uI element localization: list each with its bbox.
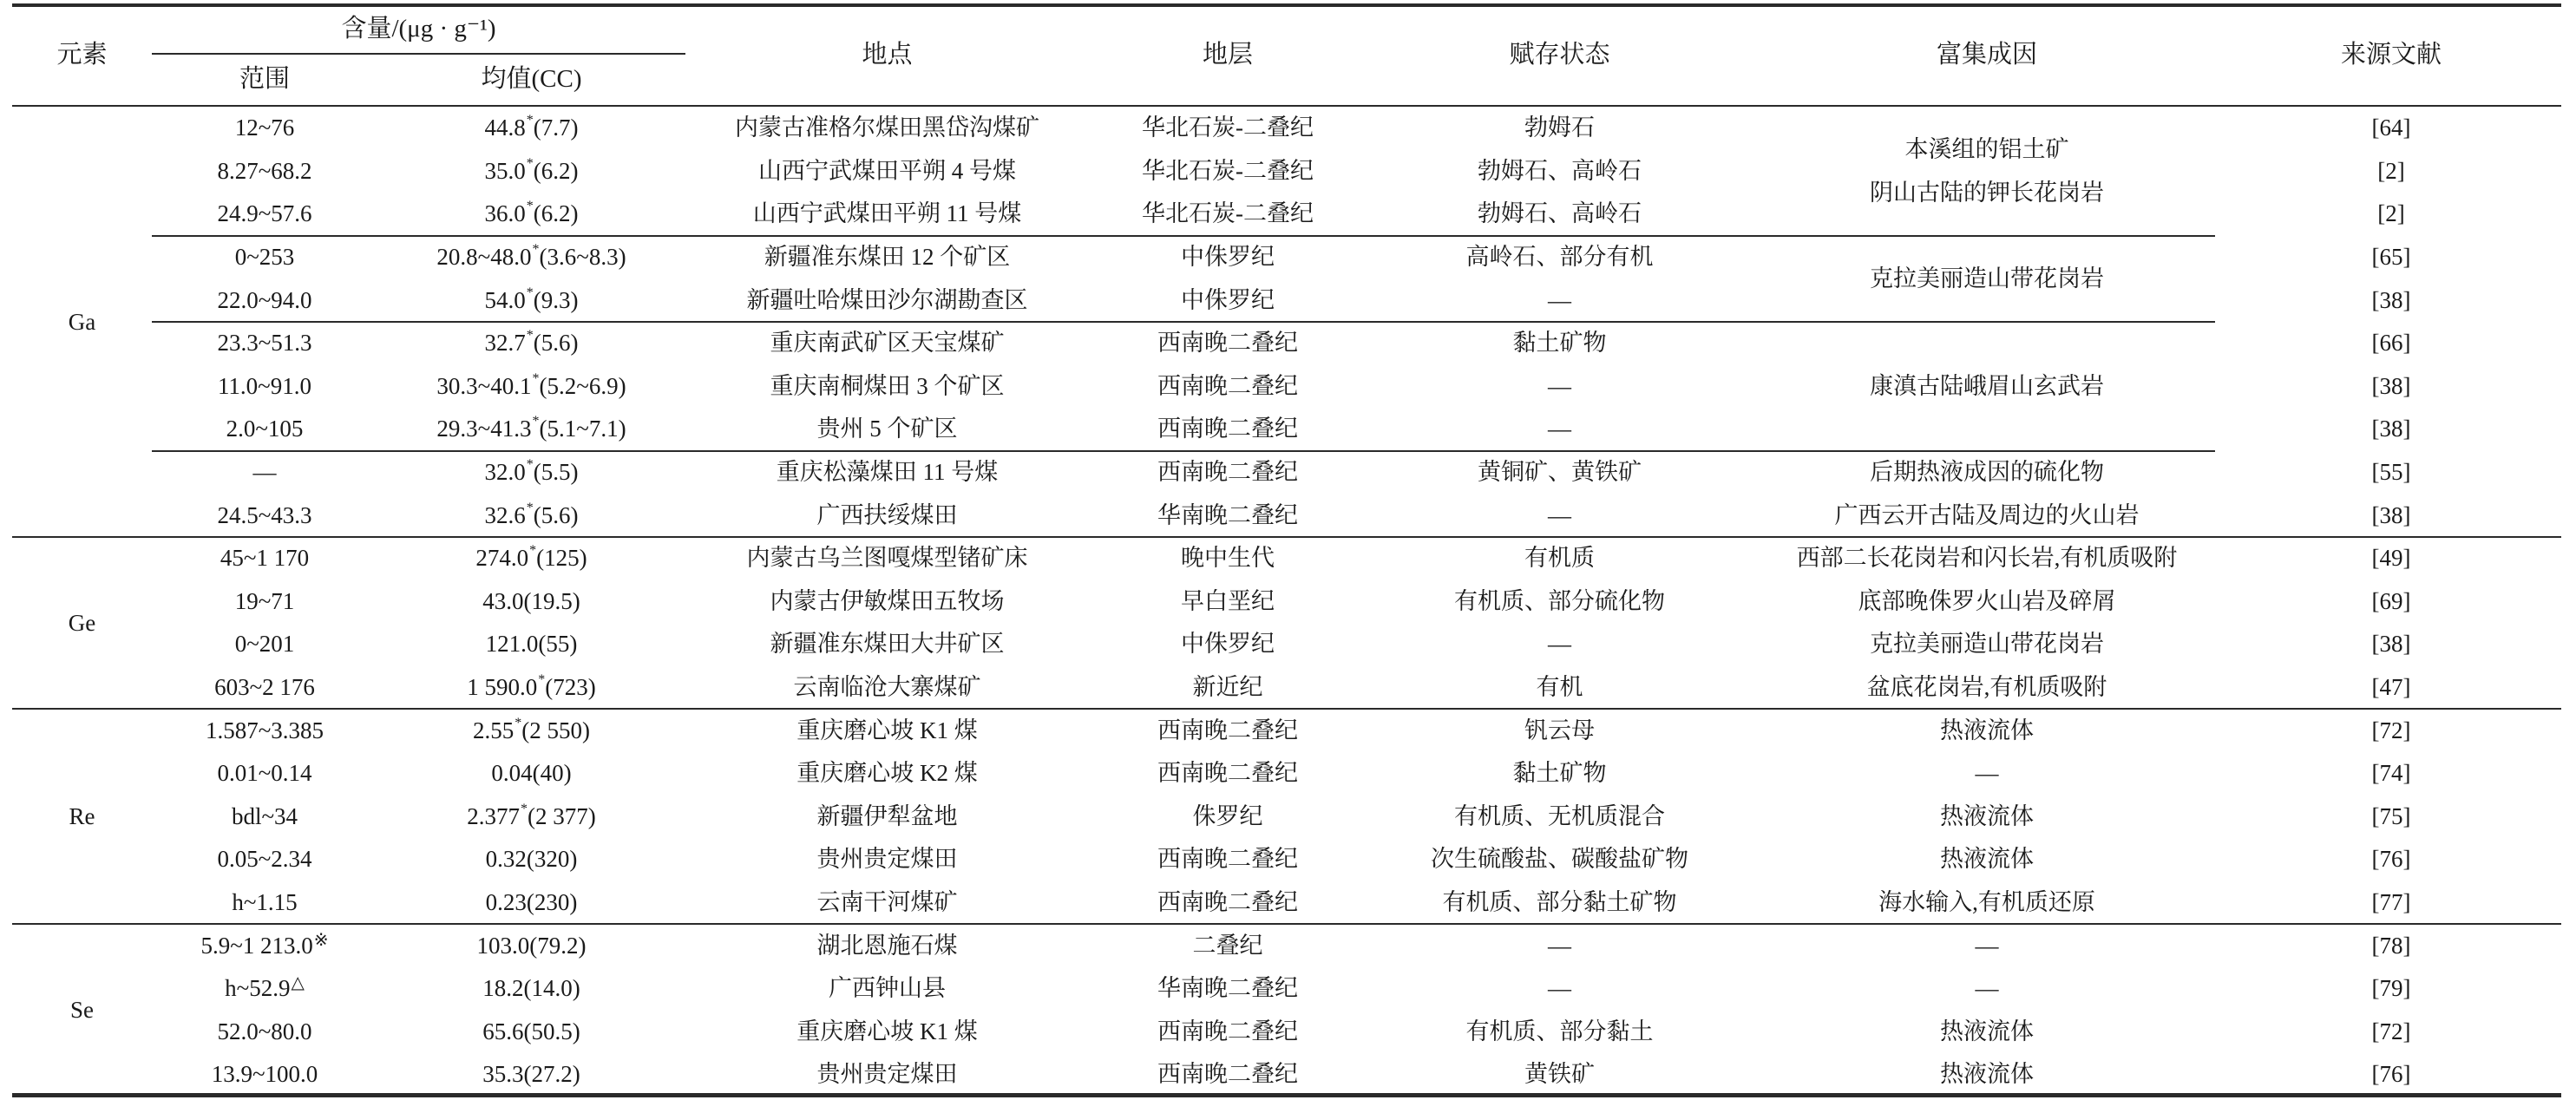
range-cell: 5.9~1 213.0※ [152, 924, 377, 967]
location-cell: 新疆吐哈煤田沙尔湖勘查区 [685, 278, 1089, 322]
range-cell: bdl~34 [152, 796, 377, 839]
range-cell: 24.9~57.6 [152, 193, 377, 236]
reference-cell-text: [49] [2372, 547, 2411, 570]
stratum-cell-text: 西南晚二叠纪 [1157, 417, 1298, 441]
enrichment-cell-text: 底部晚侏罗火山岩及碎屑 [1858, 590, 2116, 613]
enrichment-cell-text: — [1976, 977, 1999, 1000]
header-stratum-text: 地层 [1203, 43, 1253, 68]
reference-cell-text: [2] [2377, 202, 2404, 226]
mean-cell: 29.3~41.3*(5.1~7.1) [377, 408, 685, 451]
range-cell-text: — [253, 461, 277, 484]
header-occurrence-text: 赋存状态 [1509, 43, 1609, 68]
range-cell-text: h~52.9△ [225, 977, 305, 1000]
mean-cell: 0.04(40) [377, 752, 685, 796]
occurrence-cell: 有机质、部分硫化物 [1367, 580, 1753, 624]
stratum-cell: 西南晚二叠纪 [1089, 838, 1367, 881]
enrichment-cell: 克拉美丽造山带花岗岩 [1753, 236, 2221, 322]
subgroup-rule [152, 321, 2215, 323]
stratum-cell: 西南晚二叠纪 [1089, 881, 1367, 925]
enrichment-cell: 广西云开古陆及周边的火山岩 [1753, 494, 2221, 537]
footnote-mark: ※ [314, 931, 329, 950]
reference-cell: [38] [2221, 623, 2561, 666]
location-cell: 新疆伊犁盆地 [685, 796, 1089, 839]
mean-cell: 54.0*(9.3) [377, 278, 685, 322]
occurrence-cell-text: 黏土矿物 [1513, 331, 1607, 355]
reference-cell: [38] [2221, 365, 2561, 409]
mean-cell-text: 35.0*(6.2) [485, 160, 579, 183]
header-content-group-text: 含量/(μg · g⁻¹) [341, 16, 495, 42]
stratum-cell-text: 西南晚二叠纪 [1157, 891, 1298, 914]
mean-cell-text: 2.377*(2 377) [467, 805, 595, 828]
mean-cell: 18.2(14.0) [377, 967, 685, 1011]
enrichment-cell: 西部二长花岗岩和闪长岩,有机质吸附 [1753, 537, 2221, 580]
mean-cell: 32.6*(5.6) [377, 494, 685, 537]
location-cell: 山西宁武煤田平朔 4 号煤 [685, 150, 1089, 193]
enrichment-cell-text: 热液流体 [1940, 1063, 2034, 1086]
range-cell: 13.9~100.0 [152, 1053, 377, 1097]
element-label-re: Re [12, 709, 152, 924]
reference-cell-text: [76] [2372, 848, 2411, 871]
reference-cell: [75] [2221, 796, 2561, 839]
enrichment-cell: 克拉美丽造山带花岗岩 [1753, 623, 2221, 666]
mean-cell: 121.0(55) [377, 623, 685, 666]
enrichment-cell-text: 克拉美丽造山带花岗岩 [1870, 632, 2104, 656]
reference-cell-text: [79] [2372, 977, 2411, 1000]
range-cell-text: h~1.15 [232, 891, 297, 914]
element-label-se-text: Se [70, 999, 94, 1022]
range-cell: 1.587~3.385 [152, 709, 377, 752]
range-cell: 0.05~2.34 [152, 838, 377, 881]
stratum-cell: 西南晚二叠纪 [1089, 322, 1367, 365]
enrichment-cell-text: — [1976, 934, 1999, 958]
occurrence-cell-text: — [1548, 632, 1571, 656]
reference-cell-text: [2] [2377, 160, 2404, 183]
reference-cell-text: [76] [2372, 1063, 2411, 1086]
mean-cell: 43.0(19.5) [377, 580, 685, 624]
mean-cell: 32.7*(5.6) [377, 322, 685, 365]
stratum-cell-text: 中侏罗纪 [1181, 289, 1275, 312]
header-stratum: 地层 [1089, 4, 1367, 106]
location-cell-text: 云南临沧大寨煤矿 [794, 676, 981, 699]
range-cell-text: 12~76 [235, 116, 295, 140]
mean-cell-text: 65.6(50.5) [482, 1020, 580, 1044]
occurrence-cell: 次生硫酸盐、碳酸盐矿物 [1367, 838, 1753, 881]
enrichment-cell-text: 海水输入,有机质还原 [1878, 891, 2095, 914]
reference-cell-text: [38] [2372, 417, 2411, 441]
mean-cell: 30.3~40.1*(5.2~6.9) [377, 365, 685, 409]
mean-cell-text: 54.0*(9.3) [485, 289, 579, 312]
occurrence-cell: — [1367, 967, 1753, 1011]
enrichment-cell: 海水输入,有机质还原 [1753, 881, 2221, 925]
range-cell: 24.5~43.3 [152, 494, 377, 537]
location-cell: 广西钟山县 [685, 967, 1089, 1011]
enrichment-cell-text: 热液流体 [1940, 1020, 2034, 1044]
range-cell-text: 0~253 [235, 246, 295, 269]
location-cell-text: 山西宁武煤田平朔 4 号煤 [758, 160, 1016, 183]
header-mean-text: 均值(CC) [481, 67, 581, 92]
reference-cell: [69] [2221, 580, 2561, 624]
reference-cell: [72] [2221, 1011, 2561, 1054]
location-cell-text: 山西宁武煤田平朔 11 号煤 [753, 202, 1022, 226]
range-cell: 52.0~80.0 [152, 1011, 377, 1054]
mean-cell-text: 18.2(14.0) [482, 977, 580, 1000]
header-enrichment-text: 富集成因 [1937, 43, 2037, 68]
mean-cell-text: 44.8*(7.7) [485, 116, 579, 140]
occurrence-cell: — [1367, 365, 1753, 409]
header-reference-text: 来源文献 [2341, 43, 2442, 68]
location-cell: 广西扶绥煤田 [685, 494, 1089, 537]
mean-cell-text: 274.0*(125) [475, 547, 587, 570]
occurrence-cell-text: — [1548, 504, 1571, 527]
range-cell: 22.0~94.0 [152, 278, 377, 322]
reference-cell-text: [47] [2372, 676, 2411, 699]
reference-cell: [2] [2221, 150, 2561, 193]
range-cell-text: 1.587~3.385 [206, 719, 324, 743]
reference-cell-text: [64] [2372, 116, 2411, 140]
stratum-cell: 西南晚二叠纪 [1089, 1053, 1367, 1097]
enrichment-cell: — [1753, 924, 2221, 967]
enrichment-cell-text: 热液流体 [1940, 805, 2034, 828]
occurrence-cell: 勃姆石、高岭石 [1367, 193, 1753, 236]
stratum-cell: 中侏罗纪 [1089, 236, 1367, 279]
occurrence-cell: 有机质、部分黏土 [1367, 1011, 1753, 1054]
range-cell-text: 45~1 170 [220, 547, 309, 570]
header-enrichment: 富集成因 [1753, 4, 2221, 106]
reference-cell: [76] [2221, 838, 2561, 881]
enrichment-cell: — [1753, 752, 2221, 796]
location-cell-text: 新疆准东煤田大井矿区 [770, 632, 1005, 656]
occurrence-cell: — [1367, 494, 1753, 537]
stratum-cell-text: 早白垩纪 [1181, 590, 1275, 613]
mean-cell-text: 103.0(79.2) [477, 934, 587, 958]
location-cell-text: 新疆伊犁盆地 [817, 805, 958, 828]
table-bottom-rule [12, 1093, 2561, 1097]
reference-cell: [79] [2221, 967, 2561, 1011]
element-label-se: Se [12, 924, 152, 1096]
location-cell-text: 重庆磨心坡 K1 煤 [796, 1020, 978, 1044]
stratum-cell-text: 西南晚二叠纪 [1157, 848, 1298, 871]
mean-cell-text: 121.0(55) [486, 632, 578, 656]
header-range: 范围 [152, 53, 377, 106]
occurrence-cell-text: 有机质、部分黏土矿物 [1443, 891, 1677, 914]
location-cell-text: 内蒙古乌兰图嘎煤型锗矿床 [747, 547, 1028, 570]
stratum-cell: 西南晚二叠纪 [1089, 365, 1367, 409]
element-label-ge-text: Ge [69, 612, 95, 635]
occurrence-cell-text: 有机 [1537, 676, 1583, 699]
mean-cell-text: 1 590.0*(723) [467, 676, 595, 699]
occurrence-cell: 高岭石、部分有机 [1367, 236, 1753, 279]
stratum-cell: 晚中生代 [1089, 537, 1367, 580]
footnote-mark: △ [291, 973, 304, 992]
occurrence-cell: 钒云母 [1367, 709, 1753, 752]
location-cell-text: 广西扶绥煤田 [817, 504, 958, 527]
header-occurrence: 赋存状态 [1367, 4, 1753, 106]
enrichment-cell: 底部晚侏罗火山岩及碎屑 [1753, 580, 2221, 624]
reference-cell-text: [38] [2372, 289, 2411, 312]
header-content-group: 含量/(μg · g⁻¹) [152, 4, 685, 53]
occurrence-cell: 有机 [1367, 666, 1753, 710]
reference-cell: [78] [2221, 924, 2561, 967]
stratum-cell-text: 华北石炭-二叠纪 [1142, 202, 1314, 226]
reference-cell: [49] [2221, 537, 2561, 580]
occurrence-cell-text: — [1548, 289, 1571, 312]
location-cell: 湖北恩施石煤 [685, 924, 1089, 967]
location-cell-text: 新疆准东煤田 12 个矿区 [764, 246, 1011, 269]
mean-cell-text: 2.55*(2 550) [473, 719, 590, 743]
stratum-cell-text: 侏罗纪 [1193, 805, 1263, 828]
enrichment-cell: 本溪组的铝土矿 阴山古陆的钾长花岗岩 [1753, 107, 2221, 236]
header-mean: 均值(CC) [377, 53, 685, 106]
occurrence-cell-text: 有机质、部分黏土 [1466, 1020, 1654, 1044]
stratum-cell-text: 西南晚二叠纪 [1157, 719, 1298, 743]
reference-cell: [74] [2221, 752, 2561, 796]
reference-cell: [38] [2221, 278, 2561, 322]
reference-cell-text: [66] [2372, 331, 2411, 355]
subgroup-rule [152, 450, 2215, 452]
range-cell: 19~71 [152, 580, 377, 624]
occurrence-cell: 有机质、无机质混合 [1367, 796, 1753, 839]
location-cell: 重庆松藻煤田 11 号煤 [685, 451, 1089, 494]
stratum-cell: 中侏罗纪 [1089, 623, 1367, 666]
occurrence-cell-text: — [1548, 375, 1571, 398]
mean-cell: 2.377*(2 377) [377, 796, 685, 839]
reference-cell: [38] [2221, 494, 2561, 537]
range-cell-text: bdl~34 [232, 805, 298, 828]
location-cell: 新疆准东煤田 12 个矿区 [685, 236, 1089, 279]
location-cell: 山西宁武煤田平朔 11 号煤 [685, 193, 1089, 236]
header-reference: 来源文献 [2221, 4, 2561, 106]
enrichment-cell-text: 西部二长花岗岩和闪长岩,有机质吸附 [1797, 547, 2178, 570]
stratum-cell-text: 新近纪 [1193, 676, 1263, 699]
occurrence-cell: 有机质、部分黏土矿物 [1367, 881, 1753, 925]
occurrence-cell: 有机质 [1367, 537, 1753, 580]
reference-cell: [65] [2221, 236, 2561, 279]
reference-cell-text: [38] [2372, 375, 2411, 398]
range-cell-text: 19~71 [235, 590, 295, 613]
location-cell: 贵州贵定煤田 [685, 838, 1089, 881]
occurrence-cell-text: 有机质、部分硫化物 [1454, 590, 1665, 613]
mean-cell-text: 20.8~48.0*(3.6~8.3) [436, 246, 626, 269]
stratum-cell-text: 华南晚二叠纪 [1157, 977, 1298, 1000]
location-cell-text: 重庆南桐煤田 3 个矿区 [770, 375, 1005, 398]
mean-cell-text: 30.3~40.1*(5.2~6.9) [436, 375, 626, 398]
stratum-cell: 西南晚二叠纪 [1089, 752, 1367, 796]
header-location: 地点 [685, 4, 1089, 106]
mean-cell: 0.23(230) [377, 881, 685, 925]
reference-cell-text: [65] [2372, 246, 2411, 269]
stratum-cell: 华北石炭-二叠纪 [1089, 107, 1367, 150]
location-cell-text: 内蒙古伊敏煤田五牧场 [770, 590, 1005, 613]
enrichment-cell-text: 盆底花岗岩,有机质吸附 [1867, 676, 2107, 699]
stratum-cell-text: 西南晚二叠纪 [1157, 1063, 1298, 1086]
mean-cell: 35.0*(6.2) [377, 150, 685, 193]
range-cell: 603~2 176 [152, 666, 377, 710]
stratum-cell-text: 中侏罗纪 [1181, 632, 1275, 656]
occurrence-cell-text: 有机质 [1524, 547, 1595, 570]
mean-cell: 35.3(27.2) [377, 1053, 685, 1097]
location-cell-text: 贵州贵定煤田 [817, 848, 958, 871]
stratum-cell-text: 华北石炭-二叠纪 [1142, 160, 1314, 183]
range-cell: 0~201 [152, 623, 377, 666]
reference-cell-text: [69] [2372, 590, 2411, 613]
mean-cell: 274.0*(125) [377, 537, 685, 580]
range-cell: h~52.9△ [152, 967, 377, 1011]
range-cell-text: 603~2 176 [214, 676, 315, 699]
mean-cell-text: 32.6*(5.6) [485, 504, 579, 527]
header-location-text: 地点 [862, 43, 912, 68]
stratum-cell: 侏罗纪 [1089, 796, 1367, 839]
range-cell: 45~1 170 [152, 537, 377, 580]
stratum-cell: 华北石炭-二叠纪 [1089, 193, 1367, 236]
enrichment-cell: 盆底花岗岩,有机质吸附 [1753, 666, 2221, 710]
occurrence-cell: — [1367, 924, 1753, 967]
mean-cell: 0.32(320) [377, 838, 685, 881]
stratum-cell-text: 西南晚二叠纪 [1157, 762, 1298, 785]
location-cell: 贵州贵定煤田 [685, 1053, 1089, 1097]
enrichment-cell: 热液流体 [1753, 796, 2221, 839]
mean-cell-text: 0.32(320) [486, 848, 578, 871]
occurrence-cell-text: 黏土矿物 [1513, 762, 1607, 785]
occurrence-cell: — [1367, 408, 1753, 451]
reference-cell-text: [75] [2372, 805, 2411, 828]
stratum-cell: 早白垩纪 [1089, 580, 1367, 624]
reference-cell: [47] [2221, 666, 2561, 710]
location-cell: 重庆磨心坡 K1 煤 [685, 1011, 1089, 1054]
mean-cell: 32.0*(5.5) [377, 451, 685, 494]
location-cell-text: 贵州 5 个矿区 [817, 417, 958, 441]
location-cell-text: 广西钟山县 [829, 977, 946, 1000]
range-cell-text: 52.0~80.0 [217, 1020, 311, 1044]
stratum-cell: 华南晚二叠纪 [1089, 967, 1367, 1011]
enrichment-cell-text: 热液流体 [1940, 719, 2034, 743]
range-cell-text: 24.5~43.3 [217, 504, 311, 527]
occurrence-cell: 黏土矿物 [1367, 322, 1753, 365]
stratum-cell: 新近纪 [1089, 666, 1367, 710]
occurrence-cell: 勃姆石 [1367, 107, 1753, 150]
enrichment-cell-text: 本溪组的铝土矿 阴山古陆的钾长花岗岩 [1870, 128, 2104, 214]
location-cell-text: 重庆松藻煤田 11 号煤 [777, 461, 999, 484]
reference-cell-text: [78] [2372, 934, 2411, 958]
mean-cell: 103.0(79.2) [377, 924, 685, 967]
reference-cell: [66] [2221, 322, 2561, 365]
enrichment-cell-text: 克拉美丽造山带花岗岩 [1870, 267, 2104, 291]
location-cell: 内蒙古准格尔煤田黑岱沟煤矿 [685, 107, 1089, 150]
enrichment-cell: 后期热液成因的硫化物 [1753, 451, 2221, 494]
stratum-cell: 西南晚二叠纪 [1089, 1011, 1367, 1054]
reference-cell-text: [55] [2372, 461, 2411, 484]
occurrence-cell-text: 高岭石、部分有机 [1466, 246, 1654, 269]
mean-cell: 36.0*(6.2) [377, 193, 685, 236]
enrichment-cell: 热液流体 [1753, 838, 2221, 881]
range-cell: 2.0~105 [152, 408, 377, 451]
occurrence-cell: — [1367, 623, 1753, 666]
reference-cell: [64] [2221, 107, 2561, 150]
occurrence-cell-text: 黄铜矿、黄铁矿 [1478, 461, 1642, 484]
location-cell: 重庆南武矿区天宝煤矿 [685, 322, 1089, 365]
enrichment-cell: — [1753, 967, 2221, 1011]
range-cell-text: 13.9~100.0 [212, 1063, 318, 1086]
stratum-cell-text: 西南晚二叠纪 [1157, 375, 1298, 398]
mean-cell: 2.55*(2 550) [377, 709, 685, 752]
occurrence-cell-text: 有机质、无机质混合 [1454, 805, 1665, 828]
occurrence-cell-text: — [1548, 977, 1571, 1000]
occurrence-cell-text: 勃姆石、高岭石 [1478, 202, 1642, 226]
header-element-text: 元素 [56, 43, 107, 68]
element-label-ga-text: Ga [69, 311, 95, 334]
range-cell: 8.27~68.2 [152, 150, 377, 193]
enrichment-cell: 热液流体 [1753, 709, 2221, 752]
reference-cell: [72] [2221, 709, 2561, 752]
element-label-ge: Ge [12, 537, 152, 709]
header-range-text: 范围 [239, 67, 290, 92]
enrichment-cell-text: — [1976, 762, 1999, 785]
element-label-ga: Ga [12, 107, 152, 537]
reference-cell-text: [72] [2372, 1020, 2411, 1044]
range-cell-text: 23.3~51.3 [217, 331, 311, 355]
reference-cell-text: [72] [2372, 719, 2411, 743]
range-cell-text: 0.01~0.14 [217, 762, 311, 785]
range-cell-text: 24.9~57.6 [217, 202, 311, 226]
occurrence-cell-text: 次生硫酸盐、碳酸盐矿物 [1431, 848, 1688, 871]
location-cell: 重庆磨心坡 K2 煤 [685, 752, 1089, 796]
reference-cell: [2] [2221, 193, 2561, 236]
location-cell-text: 内蒙古准格尔煤田黑岱沟煤矿 [735, 116, 1039, 140]
enrichment-cell-text: 热液流体 [1940, 848, 2034, 871]
range-cell: 23.3~51.3 [152, 322, 377, 365]
occurrence-cell-text: — [1548, 934, 1571, 958]
stratum-cell-text: 西南晚二叠纪 [1157, 331, 1298, 355]
mean-cell: 20.8~48.0*(3.6~8.3) [377, 236, 685, 279]
stratum-cell-text: 中侏罗纪 [1181, 246, 1275, 269]
range-cell-text: 2.0~105 [226, 417, 304, 441]
mean-cell-text: 35.3(27.2) [482, 1063, 580, 1086]
location-cell: 内蒙古乌兰图嘎煤型锗矿床 [685, 537, 1089, 580]
reference-cell: [55] [2221, 451, 2561, 494]
range-cell-text: 0~201 [235, 632, 295, 656]
stratum-cell-text: 二叠纪 [1193, 934, 1263, 958]
location-cell: 重庆南桐煤田 3 个矿区 [685, 365, 1089, 409]
mean-cell: 65.6(50.5) [377, 1011, 685, 1054]
element-label-re-text: Re [69, 805, 95, 828]
stratum-cell: 西南晚二叠纪 [1089, 408, 1367, 451]
enrichment-cell-text: 后期热液成因的硫化物 [1870, 461, 2104, 484]
location-cell-text: 云南干河煤矿 [817, 891, 958, 914]
reference-cell: [38] [2221, 408, 2561, 451]
mean-cell-text: 43.0(19.5) [482, 590, 580, 613]
enrichment-cell-text: 广西云开古陆及周边的火山岩 [1835, 504, 2140, 527]
mean-cell-text: 36.0*(6.2) [485, 202, 579, 226]
stratum-cell-text: 西南晚二叠纪 [1157, 1020, 1298, 1044]
occurrence-cell-text: 勃姆石 [1524, 116, 1595, 140]
stratum-cell: 西南晚二叠纪 [1089, 709, 1367, 752]
range-cell-text: 11.0~91.0 [218, 375, 311, 398]
mean-cell-text: 0.23(230) [486, 891, 578, 914]
range-cell: 0~253 [152, 236, 377, 279]
stratum-cell-text: 华北石炭-二叠纪 [1142, 116, 1314, 140]
location-cell-text: 贵州贵定煤田 [817, 1063, 958, 1086]
mean-cell-text: 32.7*(5.6) [485, 331, 579, 355]
range-cell-text: 0.05~2.34 [217, 848, 311, 871]
range-cell: h~1.15 [152, 881, 377, 925]
range-cell-text: 22.0~94.0 [217, 289, 311, 312]
reference-cell-text: [38] [2372, 504, 2411, 527]
location-cell: 云南临沧大寨煤矿 [685, 666, 1089, 710]
reference-cell: [76] [2221, 1053, 2561, 1097]
location-cell: 云南干河煤矿 [685, 881, 1089, 925]
reference-cell-text: [38] [2372, 632, 2411, 656]
stratum-cell-text: 晚中生代 [1181, 547, 1275, 570]
occurrence-cell: 黄铜矿、黄铁矿 [1367, 451, 1753, 494]
